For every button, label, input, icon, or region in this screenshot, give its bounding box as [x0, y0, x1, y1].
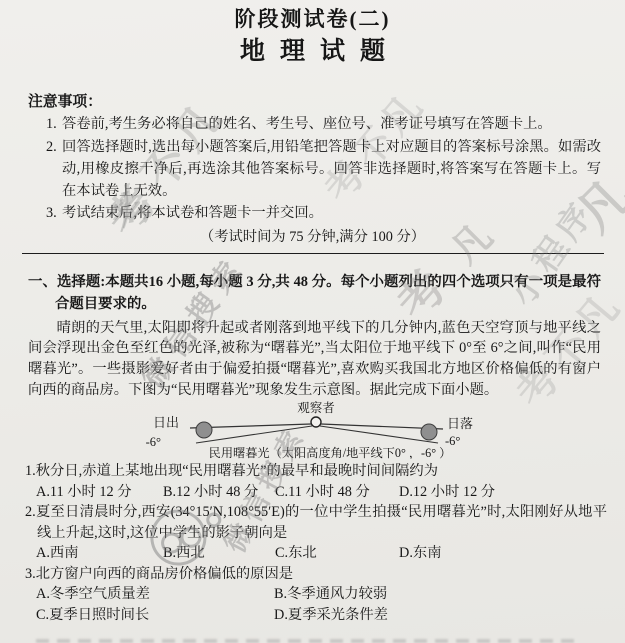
question-options: A.冬季空气质量差 B.冬季通风力较弱 C.夏季日照时间长 D.夏季采光条件差 [25, 584, 607, 625]
question-options: A.西南 B.西北 C.东北 D.东南 [25, 543, 607, 564]
notice-item-text: 答卷前,考生务必将自己的姓名、考生号、座位号、准考证号填写在答题卡上。 [62, 116, 552, 132]
notice-item-3: 3. 考试结束后,将本试卷和答题卡一并交回。 [28, 202, 601, 224]
notice-heading: 注意事项： [28, 91, 601, 113]
clipped-next-text-line [36, 639, 581, 643]
question-2: 2.夏至日清晨时分,西安(34°15′N,108°55′E)的一位中学生拍摄“民… [25, 502, 607, 564]
sunrise-label: 日出 [153, 415, 179, 430]
question-options: A.11 小时 12 分 B.12 小时 48 分 C.11 小时 48 分 D… [25, 482, 607, 503]
option-b: B.冬季通风力较弱 [274, 584, 607, 605]
notice-item-text: 考试结束后,将本试卷和答题卡一并交回。 [62, 205, 323, 221]
notice-item-2: 2. 回答选择题时,选出每小题答案后,用铅笔把答题卡上对应题目的答案标号涂黑。如… [28, 136, 601, 203]
option-d: D.12 小时 12 分 [399, 482, 607, 503]
option-a: A.西南 [36, 543, 163, 564]
observer-dot [311, 417, 321, 427]
sunset-sun-icon [421, 424, 437, 440]
sunset-label: 日落 [447, 416, 473, 431]
notice-item-number: 3. [46, 202, 57, 224]
option-b: B.西北 [163, 543, 275, 564]
observer-label: 观察者 [297, 401, 335, 415]
paper-subject-title: 地理试题 [0, 36, 625, 67]
notice-item-number: 1. [46, 113, 57, 135]
question-list: 1.秋分日,赤道上某地出现“民用曙暮光”的最早和最晚时间间隔约为 A.11 小时… [25, 461, 607, 625]
notice-item-number: 2. [46, 136, 57, 158]
minus6-line-left [196, 426, 312, 443]
sunrise-sun-icon [196, 422, 212, 438]
sunrise-angle-label: -6° [146, 435, 161, 449]
question-stem: 3.北方窗户向西的商品房价格偏低的原因是 [25, 564, 607, 585]
question-3: 3.北方窗户向西的商品房价格偏低的原因是 A.冬季空气质量差 B.冬季通风力较弱… [25, 564, 607, 626]
notice-section: 注意事项： 1. 答卷前,考生务必将自己的姓名、考生号、座位号、准考证号填写在答… [28, 91, 601, 225]
option-d: D.东南 [399, 543, 607, 564]
diagram-caption: 民用曙暮光（太阳高度角/地平线下0° ，-6° ） [209, 445, 452, 459]
option-c: C.11 小时 48 分 [275, 482, 399, 503]
notice-item-text: 回答选择题时,选出每小题答案后,用铅笔把答题卡上对应题目的答案标号涂黑。如需改动… [62, 139, 601, 200]
option-d: D.夏季采光条件差 [274, 605, 607, 626]
option-a: A.冬季空气质量差 [36, 584, 274, 605]
scanned-exam-page: { "header": { "stage_title": "阶段测试卷(二)",… [0, 0, 625, 643]
option-a: A.11 小时 12 分 [36, 482, 163, 503]
option-b: B.12 小时 48 分 [163, 482, 275, 503]
paper-stage-title: 阶段测试卷(二) [0, 6, 625, 33]
question-1: 1.秋分日,赤道上某地出现“民用曙暮光”的最早和最晚时间间隔约为 A.11 小时… [25, 461, 607, 502]
option-c: C.东北 [275, 543, 399, 564]
section-divider [22, 253, 604, 254]
section-one-heading: 一、选择题:本题共16 小题,每小题 3 分,共 48 分。每个小题列出的四个选… [28, 271, 601, 315]
exam-paper: 阶段测试卷(二) 地理试题 注意事项： 1. 答卷前,考生务必将自己的姓名、考生… [0, 0, 625, 625]
civil-twilight-diagram: 观察者 日出 -6° 日落 -6° 民用曙暮光（太阳高度角/地平线下0° ，-6… [0, 401, 625, 459]
notice-item-1: 1. 答卷前,考生务必将自己的姓名、考生号、座位号、准考证号填写在答题卡上。 [28, 113, 601, 135]
option-c: C.夏季日照时间长 [36, 605, 274, 626]
question-stem: 2.夏至日清晨时分,西安(34°15′N,108°55′E)的一位中学生拍摄“民… [25, 502, 607, 543]
question-passage: 晴朗的天气里,太阳即将升起或者刚落到地平线下的几分钟内,蓝色天空穹顶与地平线之间… [28, 318, 601, 400]
question-stem: 1.秋分日,赤道上某地出现“民用曙暮光”的最早和最晚时间间隔约为 [25, 461, 607, 482]
exam-time-note: （考试时间为 75 分钟,满分 100 分） [0, 226, 625, 246]
